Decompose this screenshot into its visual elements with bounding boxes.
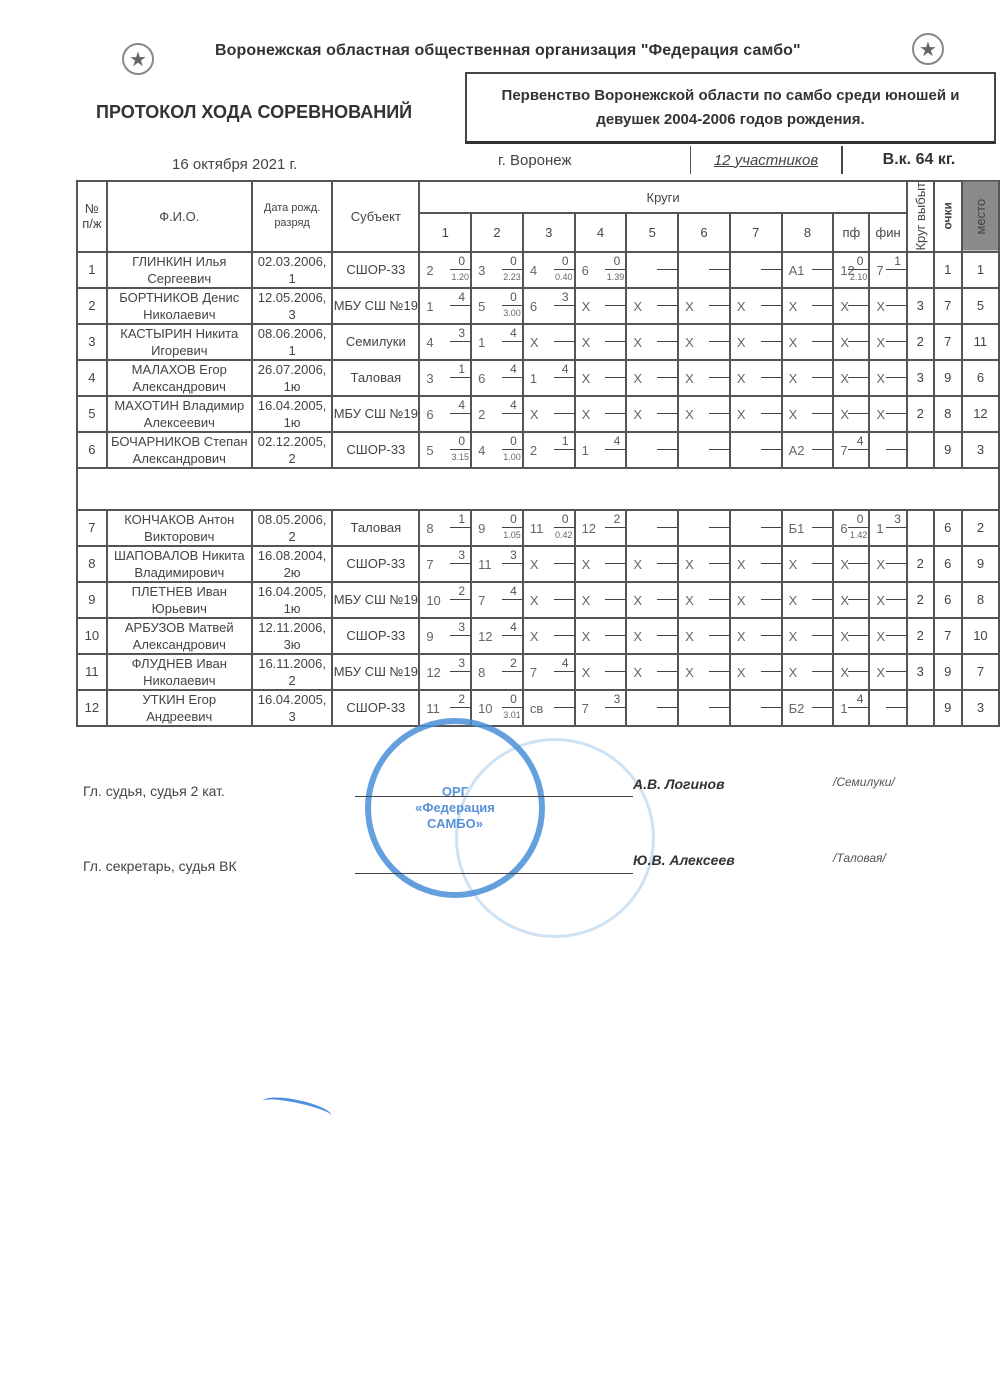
score-line (450, 305, 470, 306)
score-line (848, 671, 868, 672)
eliminated-round (907, 690, 934, 726)
athlete-name: КАСТЫРИН НикитаИгоревич (107, 324, 252, 360)
table-row: 4МАЛАХОВ ЕгорАлександрович26.07.2006,1юТ… (77, 360, 999, 396)
opponent-number: 1 (478, 335, 485, 350)
athlete-name: ПЛЕТНЕВ Иван Юрьевич (107, 582, 252, 618)
score-line (605, 341, 625, 342)
chief-secretary-signature-line (355, 873, 633, 874)
header-round-1: 1 (419, 213, 471, 251)
score-line (709, 563, 729, 564)
round-result-cell: 74 (471, 582, 523, 618)
round-result-cell: X (678, 288, 730, 324)
athlete-name: КОНЧАКОВ АнтонВикторович (107, 510, 252, 546)
round-result-cell: X (782, 654, 834, 690)
bout-score: 2 (458, 584, 465, 598)
athlete-subject: Семилуки (332, 324, 419, 360)
score-line (761, 599, 781, 600)
opponent-number: X (737, 593, 746, 608)
opponent-number: X (530, 407, 539, 422)
opponent-number: 7 (876, 263, 883, 278)
bout-score: 2 (510, 656, 517, 670)
score-line (886, 527, 906, 528)
round-result-cell: X (626, 360, 678, 396)
header-round-5: 5 (626, 213, 678, 251)
opponent-number: 5 (478, 299, 485, 314)
bout-score: 2 (614, 512, 621, 526)
opponent-number: 7 (426, 557, 433, 572)
round-result-cell: Б1 (782, 510, 834, 546)
athlete-number: 3 (77, 324, 107, 360)
score-line (761, 449, 781, 450)
star-icon: ★ (129, 47, 147, 72)
opponent-number: 4 (426, 335, 433, 350)
score-line (502, 341, 522, 342)
opponent-number: X (633, 299, 642, 314)
opponent-number: X (633, 371, 642, 386)
opponent-number: X (737, 371, 746, 386)
opponent-number: X (840, 335, 849, 350)
opponent-number: X (737, 407, 746, 422)
score-line (605, 305, 625, 306)
athlete-surname: БОЧАРНИКОВ Степан (108, 433, 251, 450)
round-result-cell: 43 (419, 324, 471, 360)
eliminated-round: 2 (907, 582, 934, 618)
score-line (450, 341, 470, 342)
round-result-cell: 64 (419, 396, 471, 432)
competition-date: 16 октября 2021 г. (172, 156, 297, 173)
points: 6 (934, 510, 962, 546)
round-result-cell: св (523, 690, 575, 726)
round-result-cell: X (782, 324, 834, 360)
organization-title: Воронежская областная общественная орган… (215, 42, 801, 60)
bout-score: 3 (458, 620, 465, 634)
opponent-number: X (737, 665, 746, 680)
opponent-number: 1 (426, 299, 433, 314)
opponent-number: X (789, 407, 798, 422)
score-line (709, 305, 729, 306)
score-line (554, 269, 574, 270)
round-result-cell: 64 (471, 360, 523, 396)
score-line (812, 635, 832, 636)
round-result-cell: X (575, 396, 627, 432)
round-result-cell: X (575, 654, 627, 690)
bout-score: 4 (857, 692, 864, 706)
stamp-text: САМБО» (415, 816, 495, 832)
round-result-cell: X (782, 360, 834, 396)
opponent-number: X (633, 629, 642, 644)
round-result-cell: 81 (419, 510, 471, 546)
score-line (605, 269, 625, 270)
header-place: место (962, 181, 999, 252)
place: 6 (962, 360, 999, 396)
bout-time: 1.20 (452, 272, 470, 282)
athlete-patronymic: Александрович (108, 636, 251, 653)
round-result-cell: X (626, 546, 678, 582)
athlete-rank: 2 (253, 528, 332, 545)
opponent-number: X (530, 593, 539, 608)
score-line (848, 413, 868, 414)
athlete-rank: 1ю (253, 414, 332, 431)
opponent-number: X (789, 557, 798, 572)
opponent-number: X (876, 665, 885, 680)
round-result-cell (626, 510, 678, 546)
opponent-number: X (789, 665, 798, 680)
score-line (554, 707, 574, 708)
athlete-patronymic: Николаевич (108, 672, 251, 689)
bout-score: 0 (562, 512, 569, 526)
athlete-rank: 1 (253, 342, 332, 359)
score-line (848, 269, 868, 270)
score-line (886, 413, 906, 414)
score-line (886, 269, 906, 270)
athlete-rank: 2 (253, 672, 332, 689)
opponent-number: 11 (530, 521, 544, 536)
bout-time: 0.42 (555, 530, 573, 540)
bout-score: 4 (510, 584, 517, 598)
score-line (605, 635, 625, 636)
participants-count: 12 участников (690, 146, 843, 174)
opponent-number: 12 (426, 665, 440, 680)
round-result-cell: 201.20 (419, 252, 471, 288)
athlete-patronymic: Викторович (108, 528, 251, 545)
opponent-number: 1 (530, 371, 537, 386)
score-line (502, 269, 522, 270)
round-result-cell: X (730, 324, 782, 360)
score-line (450, 563, 470, 564)
bout-score: 0 (510, 692, 517, 706)
opponent-number: 4 (530, 263, 537, 278)
score-line (886, 635, 906, 636)
score-line (848, 449, 868, 450)
score-line (848, 599, 868, 600)
round-result-cell: 14 (419, 288, 471, 324)
score-line (709, 269, 729, 270)
round-result-cell: X (782, 288, 834, 324)
points: 7 (934, 324, 962, 360)
table-row: 12УТКИН Егор Андреевич16.04.2005,3СШОР-3… (77, 690, 999, 726)
round-result-cell: X (523, 618, 575, 654)
bout-time: 1.05 (503, 530, 521, 540)
opponent-number: X (633, 557, 642, 572)
eliminated-round (907, 432, 934, 468)
athlete-patronymic: Сергеевич (108, 270, 251, 287)
opponent-number: X (530, 557, 539, 572)
round-result-cell: X (833, 582, 869, 618)
round-result-cell: X (730, 546, 782, 582)
table-row: 8ШАПОВАЛОВ НикитаВладимирович16.08.2004,… (77, 546, 999, 582)
round-result-cell: 71 (869, 252, 907, 288)
score-line (605, 527, 625, 528)
score-line (886, 377, 906, 378)
round-result-cell: X (782, 618, 834, 654)
round-result-cell: 82 (471, 654, 523, 690)
athlete-patronymic: Алексеевич (108, 414, 251, 431)
table-row: 7КОНЧАКОВ АнтонВикторович08.05.2006,2Тал… (77, 510, 999, 546)
chief-secretary-label: Гл. секретарь, судья ВК (83, 858, 237, 874)
bout-score: 4 (510, 362, 517, 376)
points: 9 (934, 432, 962, 468)
place: 3 (962, 432, 999, 468)
points: 9 (934, 654, 962, 690)
score-line (450, 599, 470, 600)
round-result-cell: X (730, 288, 782, 324)
opponent-number: X (876, 407, 885, 422)
athlete-subject: Таловая (332, 360, 419, 396)
opponent-number: 9 (478, 521, 485, 536)
round-result-cell: X (626, 288, 678, 324)
score-line (761, 269, 781, 270)
score-line (848, 305, 868, 306)
score-line (605, 707, 625, 708)
table-row: 2БОРТНИКОВ ДенисНиколаевич12.05.2006,3МБ… (77, 288, 999, 324)
score-line (450, 671, 470, 672)
bout-score: 3 (458, 656, 465, 670)
header-name: Ф.И.О. (107, 181, 252, 252)
round-result-cell: X (833, 396, 869, 432)
athlete-dob-rank: 08.06.2006,1 (252, 324, 333, 360)
round-result-cell (678, 510, 730, 546)
athlete-number: 6 (77, 432, 107, 468)
athlete-dob-rank: 02.03.2006,1 (252, 252, 333, 288)
opponent-number: X (789, 371, 798, 386)
opponent-number: 9 (426, 629, 433, 644)
score-line (605, 413, 625, 414)
bout-score: 3 (458, 326, 465, 340)
round-result-cell: X (523, 324, 575, 360)
athlete-surname: БОРТНИКОВ Денис (108, 289, 251, 306)
athlete-subject: МБУ СШ №19 (332, 396, 419, 432)
opponent-number: X (582, 299, 591, 314)
score-line (709, 341, 729, 342)
header-round-6: 6 (678, 213, 730, 251)
athlete-rank: 2 (253, 450, 332, 467)
athlete-rank: 1 (253, 270, 332, 287)
eliminated-round (907, 510, 934, 546)
score-line (657, 449, 677, 450)
opponent-number: X (789, 299, 798, 314)
athlete-subject: МБУ СШ №19 (332, 654, 419, 690)
opponent-number: X (876, 593, 885, 608)
bout-score: 4 (562, 656, 569, 670)
score-line (709, 671, 729, 672)
opponent-number: 12 (478, 629, 492, 644)
event-title-box: Первенство Воронежской области по самбо … (465, 72, 996, 144)
header-eliminated-round: Круг выбыт (907, 181, 934, 252)
place: 1 (962, 252, 999, 288)
round-result-cell: X (575, 360, 627, 396)
athlete-number: 2 (77, 288, 107, 324)
score-line (657, 413, 677, 414)
opponent-number: 1 (840, 701, 847, 716)
score-line (605, 377, 625, 378)
opponent-number: X (685, 335, 694, 350)
athlete-patronymic: Александрович (108, 378, 251, 395)
opponent-number: 6 (478, 371, 485, 386)
points: 9 (934, 360, 962, 396)
round-result-cell: 31 (419, 360, 471, 396)
round-result-cell: 123 (419, 654, 471, 690)
opponent-number: 7 (840, 443, 847, 458)
round-result-cell: 601.42 (833, 510, 869, 546)
pen-mark (261, 1093, 333, 1124)
opponent-number: 10 (478, 701, 492, 716)
header-dob: Дата рожд.разряд (252, 181, 333, 252)
round-result-cell: X (575, 618, 627, 654)
score-line (554, 413, 574, 414)
score-line (886, 563, 906, 564)
athlete-rank: 3 (253, 306, 332, 323)
athlete-number: 12 (77, 690, 107, 726)
round-result-cell: 400.40 (523, 252, 575, 288)
score-line (709, 599, 729, 600)
round-result-cell: X (730, 654, 782, 690)
round-result-cell: А2 (782, 432, 834, 468)
athlete-subject: СШОР-33 (332, 690, 419, 726)
athlete-dob-rank: 02.12.2005,2 (252, 432, 333, 468)
bout-score: 0 (614, 254, 621, 268)
athlete-surname: КОНЧАКОВ Антон (108, 511, 251, 528)
opponent-number: X (685, 557, 694, 572)
bout-score: 4 (614, 434, 621, 448)
score-line (657, 305, 677, 306)
round-result-cell: 73 (575, 690, 627, 726)
score-line (848, 563, 868, 564)
opponent-number: X (685, 593, 694, 608)
opponent-number: А2 (789, 443, 805, 458)
athlete-rank: 3 (253, 708, 332, 725)
score-line (761, 635, 781, 636)
round-result-cell: 503.00 (471, 288, 523, 324)
opponent-number: X (840, 407, 849, 422)
round-result-cell: X (833, 288, 869, 324)
opponent-number: X (876, 629, 885, 644)
eliminated-round: 3 (907, 654, 934, 690)
score-line (886, 671, 906, 672)
score-line (812, 449, 832, 450)
bout-score: 2 (458, 692, 465, 706)
points: 1 (934, 252, 962, 288)
athlete-subject: Таловая (332, 510, 419, 546)
round-result-cell: X (869, 618, 907, 654)
bout-score: 3 (510, 548, 517, 562)
athlete-name: МАХОТИН ВладимирАлексеевич (107, 396, 252, 432)
round-result-cell: 1202.10 (833, 252, 869, 288)
round-result-cell: X (869, 582, 907, 618)
bout-score: 4 (458, 290, 465, 304)
opponent-number: 8 (426, 521, 433, 536)
table-row: 10АРБУЗОВ МатвейАлександрович12.11.2006,… (77, 618, 999, 654)
round-result-cell: X (833, 546, 869, 582)
athlete-number: 5 (77, 396, 107, 432)
points: 7 (934, 288, 962, 324)
score-line (848, 527, 868, 528)
opponent-number: 6 (426, 407, 433, 422)
score-line (554, 527, 574, 528)
round-result-cell: 14 (833, 690, 869, 726)
event-title-line1: Первенство Воронежской области по самбо … (502, 84, 960, 108)
opponent-number: X (582, 665, 591, 680)
score-line (812, 341, 832, 342)
athlete-dob-rank: 12.11.2006,3ю (252, 618, 333, 654)
athlete-patronymic: Александрович (108, 450, 251, 467)
round-result-cell: X (730, 396, 782, 432)
bout-score: 0 (562, 254, 569, 268)
score-line (812, 563, 832, 564)
athlete-surname: ПЛЕТНЕВ Иван Юрьевич (108, 583, 251, 617)
round-result-cell: X (626, 324, 678, 360)
round-result-cell: X (678, 324, 730, 360)
athlete-name: АРБУЗОВ МатвейАлександрович (107, 618, 252, 654)
opponent-number: 11 (426, 701, 440, 716)
score-line (761, 671, 781, 672)
opponent-number: X (876, 557, 885, 572)
athlete-dob-rank: 16.04.2005,3 (252, 690, 333, 726)
header-round-9: пф (833, 213, 869, 251)
score-line (554, 671, 574, 672)
score-line (812, 413, 832, 414)
athlete-name: УТКИН Егор Андреевич (107, 690, 252, 726)
score-line (812, 527, 832, 528)
table-row: 6БОЧАРНИКОВ СтепанАлександрович02.12.200… (77, 432, 999, 468)
points: 6 (934, 546, 962, 582)
athlete-surname: ГЛИНКИН Илья (108, 253, 251, 270)
athlete-dob: 08.06.2006, (253, 325, 332, 342)
table-row: 1ГЛИНКИН ИльяСергеевич02.03.2006,1СШОР-3… (77, 252, 999, 288)
athlete-number: 11 (77, 654, 107, 690)
eliminated-round: 2 (907, 618, 934, 654)
score-line (657, 341, 677, 342)
score-line (605, 671, 625, 672)
score-line (709, 413, 729, 414)
athlete-number: 7 (77, 510, 107, 546)
score-line (554, 305, 574, 306)
score-line (657, 635, 677, 636)
round-result-cell: X (782, 546, 834, 582)
athlete-dob-rank: 26.07.2006,1ю (252, 360, 333, 396)
score-line (554, 563, 574, 564)
place: 2 (962, 510, 999, 546)
score-line (848, 377, 868, 378)
header-num: №п/ж (77, 181, 107, 252)
opponent-number: X (582, 629, 591, 644)
points: 6 (934, 582, 962, 618)
bout-score: 4 (510, 326, 517, 340)
round-result-cell: X (782, 396, 834, 432)
score-line (554, 341, 574, 342)
opponent-number: 2 (426, 263, 433, 278)
points: 8 (934, 396, 962, 432)
round-result-cell: 102 (419, 582, 471, 618)
opponent-number: X (582, 335, 591, 350)
athlete-number: 4 (77, 360, 107, 396)
round-result-cell: 901.05 (471, 510, 523, 546)
score-line (812, 269, 832, 270)
score-line (554, 635, 574, 636)
opponent-number: 1 (876, 521, 883, 536)
bout-score: 4 (510, 620, 517, 634)
athlete-surname: УТКИН Егор Андреевич (108, 691, 251, 725)
athlete-subject: СШОР-33 (332, 432, 419, 468)
score-line (761, 563, 781, 564)
header-round-10: фин (869, 213, 907, 251)
round-result-cell: X (782, 582, 834, 618)
bout-time: 3.01 (503, 710, 521, 720)
bout-score: 0 (458, 434, 465, 448)
score-line (657, 377, 677, 378)
place: 11 (962, 324, 999, 360)
score-line (657, 707, 677, 708)
round-result-cell: X (678, 360, 730, 396)
